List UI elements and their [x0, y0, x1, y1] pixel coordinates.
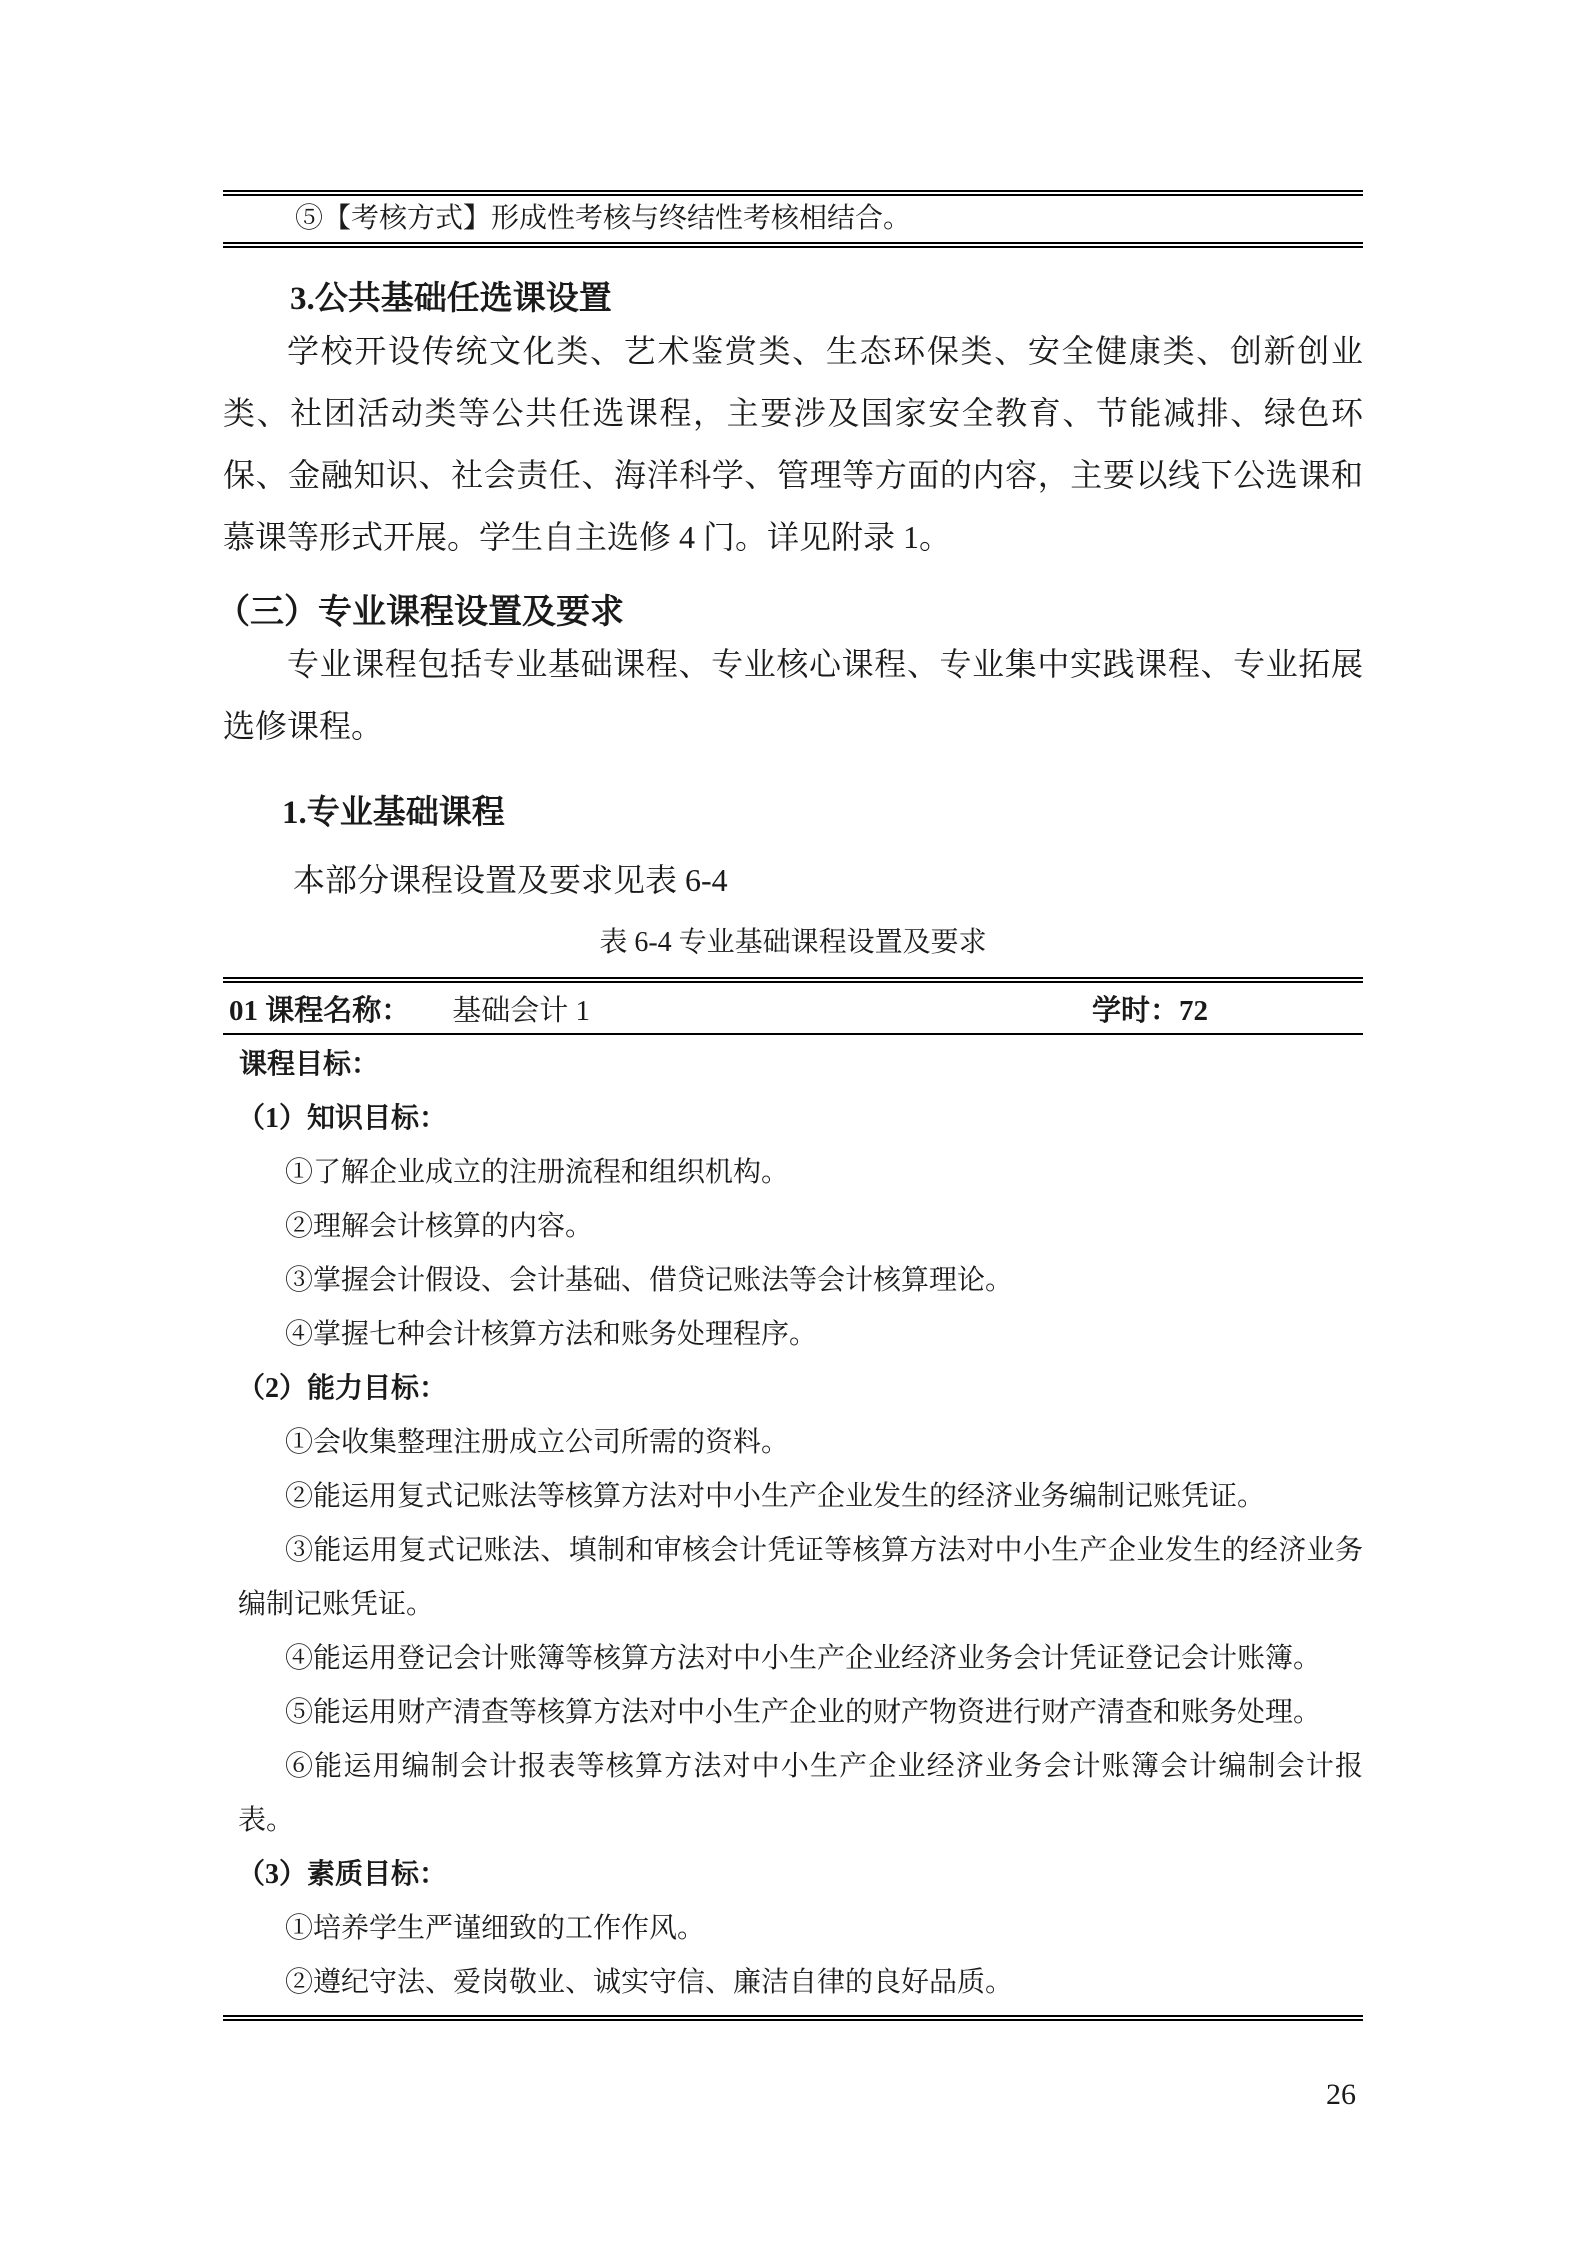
quality-goals-title: （3）素质目标：: [223, 1848, 1363, 1902]
course-table: 01 课程名称： 基础会计 1 学时：72 课程目标： （1）知识目标： ①了解…: [223, 977, 1363, 2021]
course-header-row: 01 课程名称： 基础会计 1 学时：72: [223, 983, 1363, 1035]
knowledge-goal-item: ③掌握会计假设、会计基础、借贷记账法等会计核算理论。: [223, 1254, 1363, 1308]
ability-goal-item: ⑤能运用财产清查等核算方法对中小生产企业的财产物资进行财产清查和账务处理。: [223, 1686, 1363, 1740]
ability-goal-item: ③能运用复式记账法、填制和审核会计凭证等核算方法对中小生产企业发生的经济业务编制…: [223, 1524, 1363, 1632]
document-page: ⑤【考核方式】形成性考核与终结性考核相结合。 3.公共基础任选课设置 学校开设传…: [0, 0, 1587, 2245]
ability-goal-item: ②能运用复式记账法等核算方法对中小生产企业发生的经济业务编制记账凭证。: [223, 1470, 1363, 1524]
ability-goal-item: ⑥能运用编制会计报表等核算方法对中小生产企业经济业务会计账簿会计编制会计报表。: [223, 1740, 1363, 1848]
page-number: 26: [1326, 2078, 1356, 2112]
paragraph-elective-courses: 学校开设传统文化类、艺术鉴赏类、生态环保类、安全健康类、创新创业类、社团活动类等…: [223, 320, 1363, 568]
course-no-label: 01 课程名称：: [229, 988, 410, 1029]
quality-goal-item: ②遵纪守法、爱岗敬业、诚实守信、廉洁自律的良好品质。: [223, 1956, 1363, 2010]
quality-goal-item: ①培养学生严谨细致的工作作风。: [223, 1902, 1363, 1956]
ability-goal-item: ①会收集整理注册成立公司所需的资料。: [223, 1416, 1363, 1470]
paragraph-basic-courses-intro: 本部分课程设置及要求见表 6-4: [293, 864, 728, 896]
ability-goals-title: （2）能力目标：: [223, 1362, 1363, 1416]
heading-professional-courses: （三）专业课程设置及要求: [216, 584, 624, 633]
knowledge-goal-item: ④掌握七种会计核算方法和账务处理程序。: [223, 1308, 1363, 1362]
carryover-table-row: ⑤【考核方式】形成性考核与终结性考核相结合。: [223, 190, 1363, 248]
knowledge-goal-item: ②理解会计核算的内容。: [223, 1200, 1363, 1254]
knowledge-goal-item: ①了解企业成立的注册流程和组织机构。: [223, 1146, 1363, 1200]
paragraph-professional-courses: 专业课程包括专业基础课程、专业核心课程、专业集中实践课程、专业拓展选修课程。: [223, 633, 1363, 757]
goals-title: 课程目标：: [223, 1038, 1363, 1092]
course-goals-cell: 课程目标： （1）知识目标： ①了解企业成立的注册流程和组织机构。 ②理解会计核…: [223, 1035, 1363, 2015]
heading-basic-courses: 1.专业基础课程: [282, 786, 505, 833]
course-hours: 学时：72: [1092, 988, 1208, 1029]
heading-elective-courses: 3.公共基础任选课设置: [290, 272, 612, 319]
carryover-row-text: ⑤【考核方式】形成性考核与终结性考核相结合。: [295, 203, 911, 234]
table-caption: 表 6-4 专业基础课程设置及要求: [223, 929, 1363, 957]
course-name: 基础会计 1: [452, 988, 590, 1029]
knowledge-goals-title: （1）知识目标：: [223, 1092, 1363, 1146]
ability-goal-item: ④能运用登记会计账簿等核算方法对中小生产企业经济业务会计凭证登记会计账簿。: [223, 1632, 1363, 1686]
